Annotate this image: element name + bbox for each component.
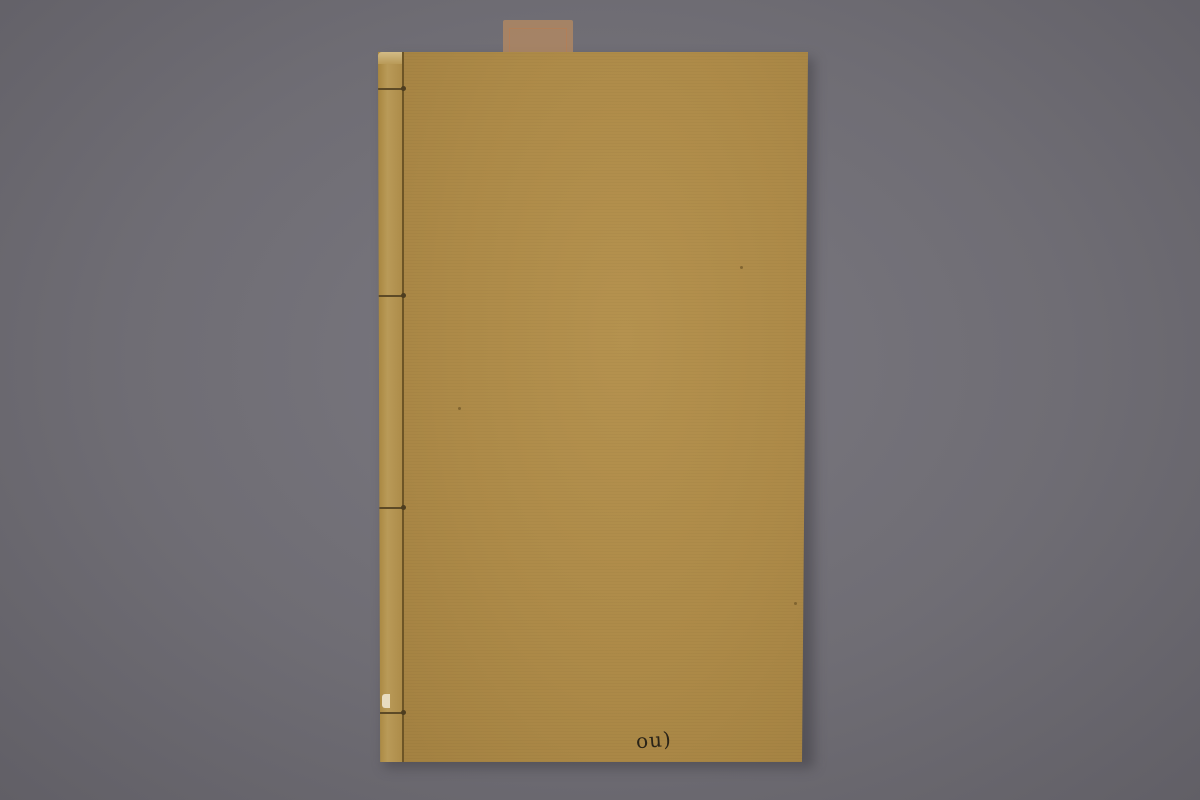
- book-spine: [378, 52, 404, 762]
- paper-speck: [794, 602, 797, 605]
- binding-stitch: [378, 507, 404, 509]
- binding-stitch: [378, 295, 404, 297]
- handwritten-mark: ou): [635, 727, 672, 753]
- book: [378, 52, 808, 762]
- binding-stitch: [378, 712, 404, 714]
- paper-speck: [740, 266, 743, 269]
- spine-corner: [378, 52, 402, 64]
- binding-stitch: [378, 88, 404, 90]
- paper-speck: [458, 407, 461, 410]
- worn-edge: [382, 694, 390, 708]
- book-cover: [402, 52, 808, 762]
